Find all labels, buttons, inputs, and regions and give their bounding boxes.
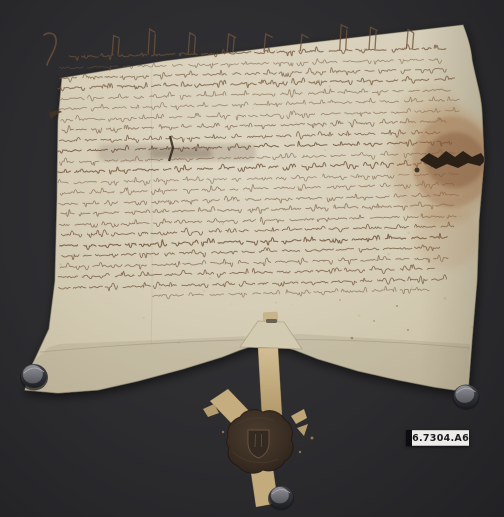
seal-tag-upper	[258, 348, 282, 418]
water-stain-upper	[400, 86, 460, 134]
burn-spot	[415, 168, 420, 173]
wax-seal	[227, 410, 294, 474]
water-stain-lower	[413, 205, 481, 269]
shelfmark-text: 6.7304.A6	[412, 430, 469, 446]
seal-shield-emblem	[248, 430, 269, 458]
yellow-spot	[47, 147, 55, 155]
photo-background: 6.7304.A6	[0, 0, 504, 517]
shelfmark-sticker: 6.7304.A6	[406, 430, 469, 446]
seal-tag-fragment-right2	[297, 424, 308, 436]
ink-smudge-dark	[150, 148, 212, 158]
opening-flourish	[44, 33, 56, 65]
seal-tag-fragment-right	[291, 409, 307, 424]
tag-slit	[266, 319, 277, 323]
